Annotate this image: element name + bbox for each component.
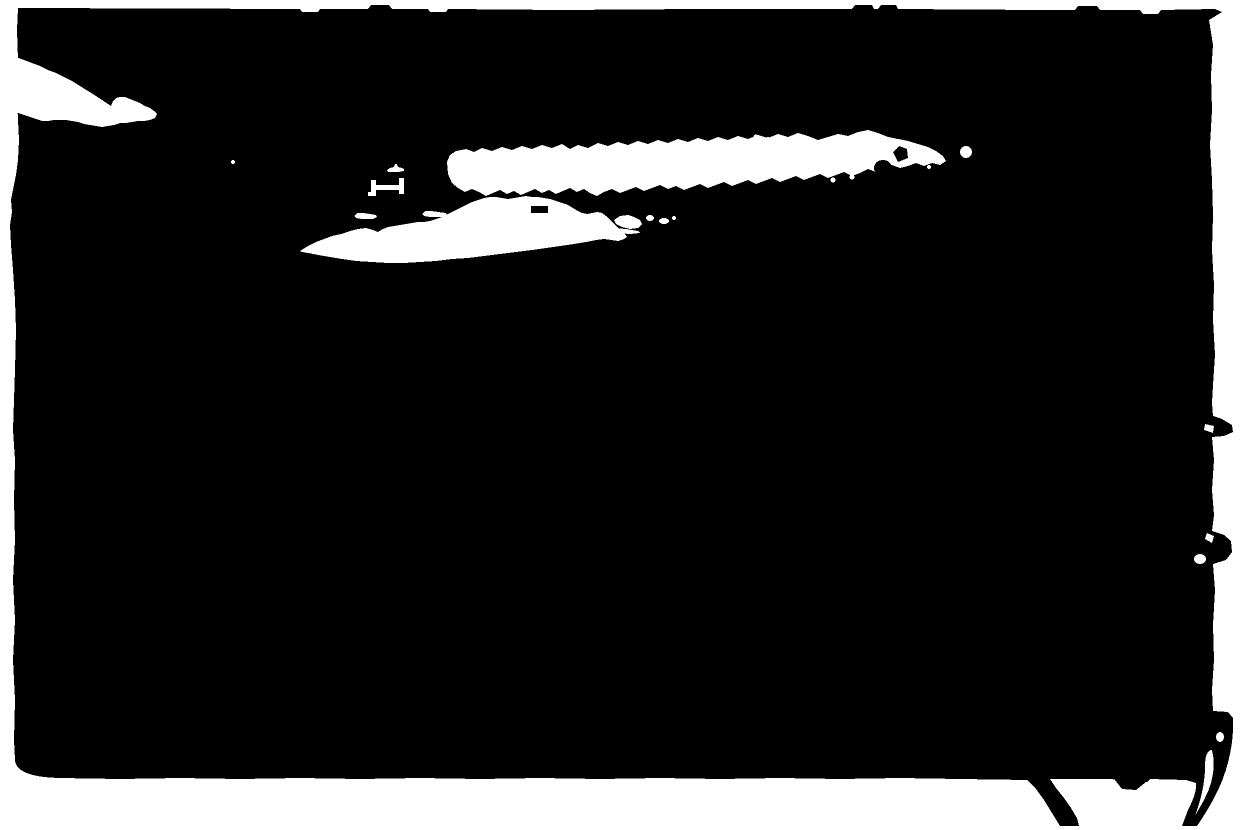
speck-lone-left bbox=[231, 160, 235, 164]
binarized-image-canvas bbox=[0, 0, 1240, 830]
wake-hole-2 bbox=[874, 160, 892, 176]
dark-frame bbox=[10, 5, 1233, 826]
binarized-photo-figure bbox=[0, 0, 1240, 830]
right-edge-hole bbox=[1194, 554, 1206, 564]
speck-below-streak-1 bbox=[850, 175, 855, 180]
speck-right-1 bbox=[646, 215, 654, 221]
lower-arm-hole bbox=[1216, 732, 1224, 742]
lower-arm-dot bbox=[1225, 706, 1229, 710]
speck-right-2 bbox=[659, 218, 669, 224]
speck-right-3 bbox=[672, 216, 676, 220]
boat-window-notch bbox=[531, 206, 548, 213]
speck-near-tip bbox=[927, 165, 931, 169]
dot-right-of-streak bbox=[960, 146, 972, 158]
speck-above-streak-1 bbox=[754, 135, 759, 140]
speck-below-streak-2 bbox=[831, 178, 836, 183]
speck-above-streak-2 bbox=[766, 137, 770, 141]
